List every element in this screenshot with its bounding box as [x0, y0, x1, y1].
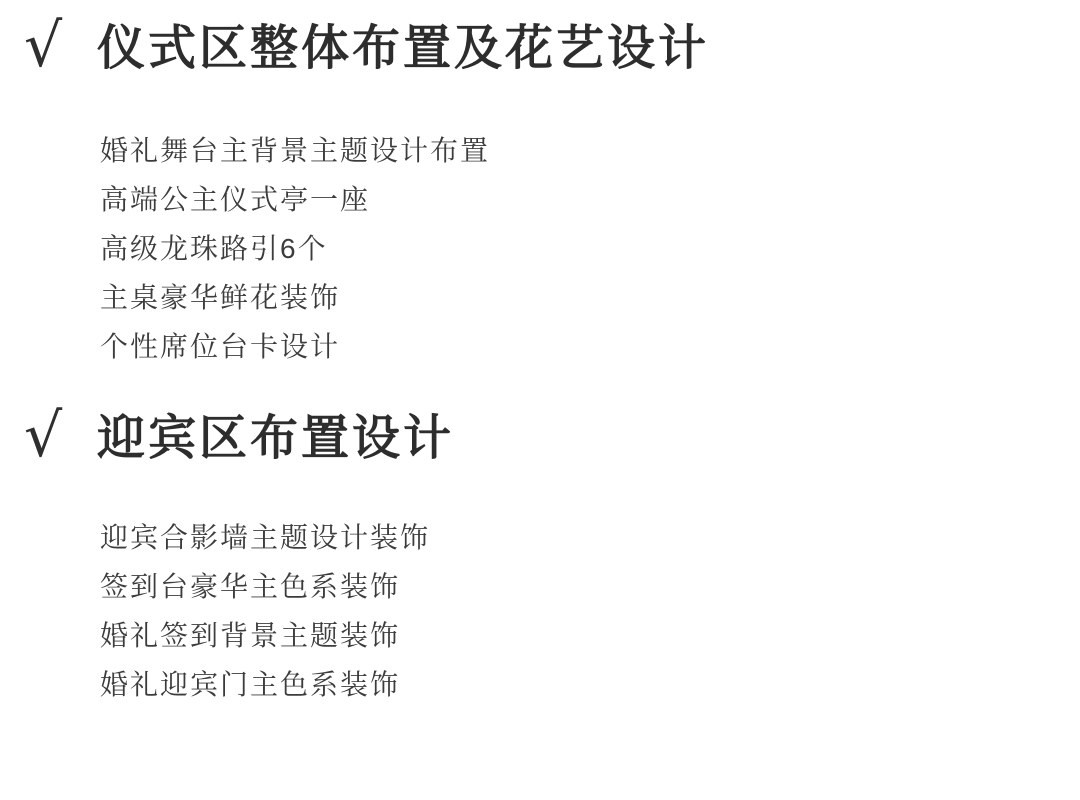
list-item: 迎宾合影墙主题设计装饰 [100, 513, 430, 562]
section-ceremony-heading: √ 仪式区整体布置及花艺设计 [0, 22, 1080, 102]
list-item: 婚礼签到背景主题装饰 [100, 611, 430, 660]
checkmark-icon: √ [24, 406, 62, 466]
list-item: 婚礼迎宾门主色系装饰 [100, 660, 430, 709]
checkmark-icon: √ [24, 16, 62, 76]
ceremony-item-list: 婚礼舞台主背景主题设计布置 高端公主仪式亭一座 高级龙珠路引6个 主桌豪华鲜花装… [100, 126, 490, 371]
list-item: 婚礼舞台主背景主题设计布置 [100, 126, 490, 175]
section-ceremony-title: 仪式区整体布置及花艺设计 [97, 22, 709, 76]
list-item: 个性席位台卡设计 [100, 322, 490, 371]
section-welcome-heading: √ 迎宾区布置设计 [0, 412, 1080, 492]
list-item: 签到台豪华主色系装饰 [100, 562, 430, 611]
section-welcome-title: 迎宾区布置设计 [97, 412, 454, 466]
welcome-item-list: 迎宾合影墙主题设计装饰 签到台豪华主色系装饰 婚礼签到背景主题装饰 婚礼迎宾门主… [100, 513, 430, 709]
list-item: 主桌豪华鲜花装饰 [100, 273, 490, 322]
list-item: 高端公主仪式亭一座 [100, 175, 490, 224]
checklist-page: √ 仪式区整体布置及花艺设计 婚礼舞台主背景主题设计布置 高端公主仪式亭一座 高… [0, 0, 1080, 800]
list-item: 高级龙珠路引6个 [100, 224, 490, 273]
